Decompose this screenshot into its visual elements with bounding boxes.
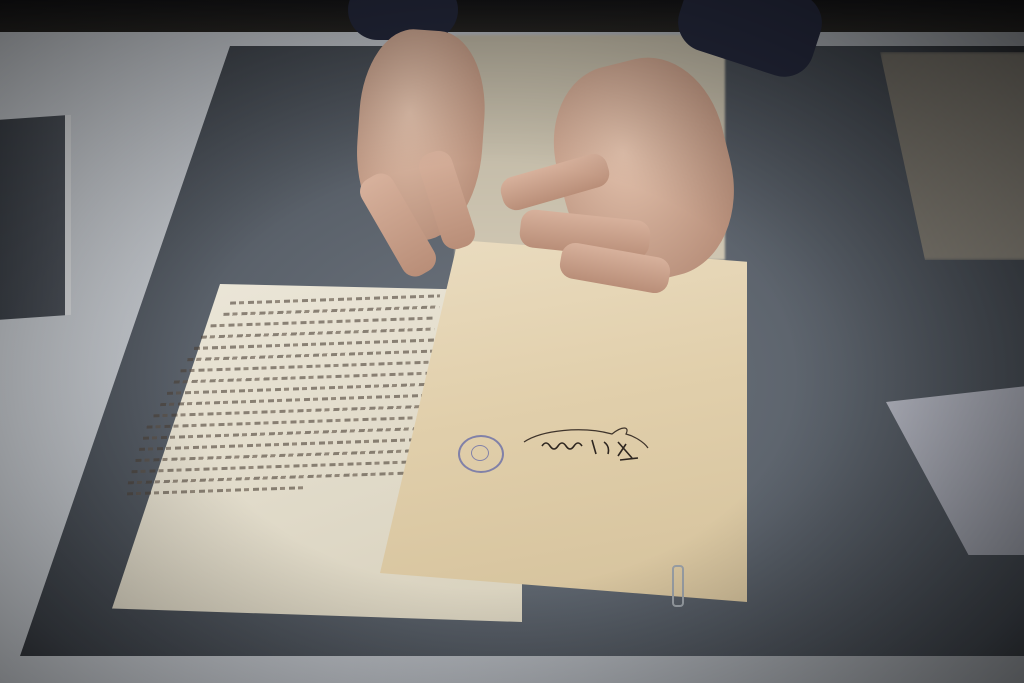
signature	[522, 420, 652, 470]
archival-box	[0, 115, 71, 321]
paper-clip	[672, 565, 684, 607]
photo-scene	[0, 0, 1024, 683]
archival-stamp	[458, 435, 504, 473]
